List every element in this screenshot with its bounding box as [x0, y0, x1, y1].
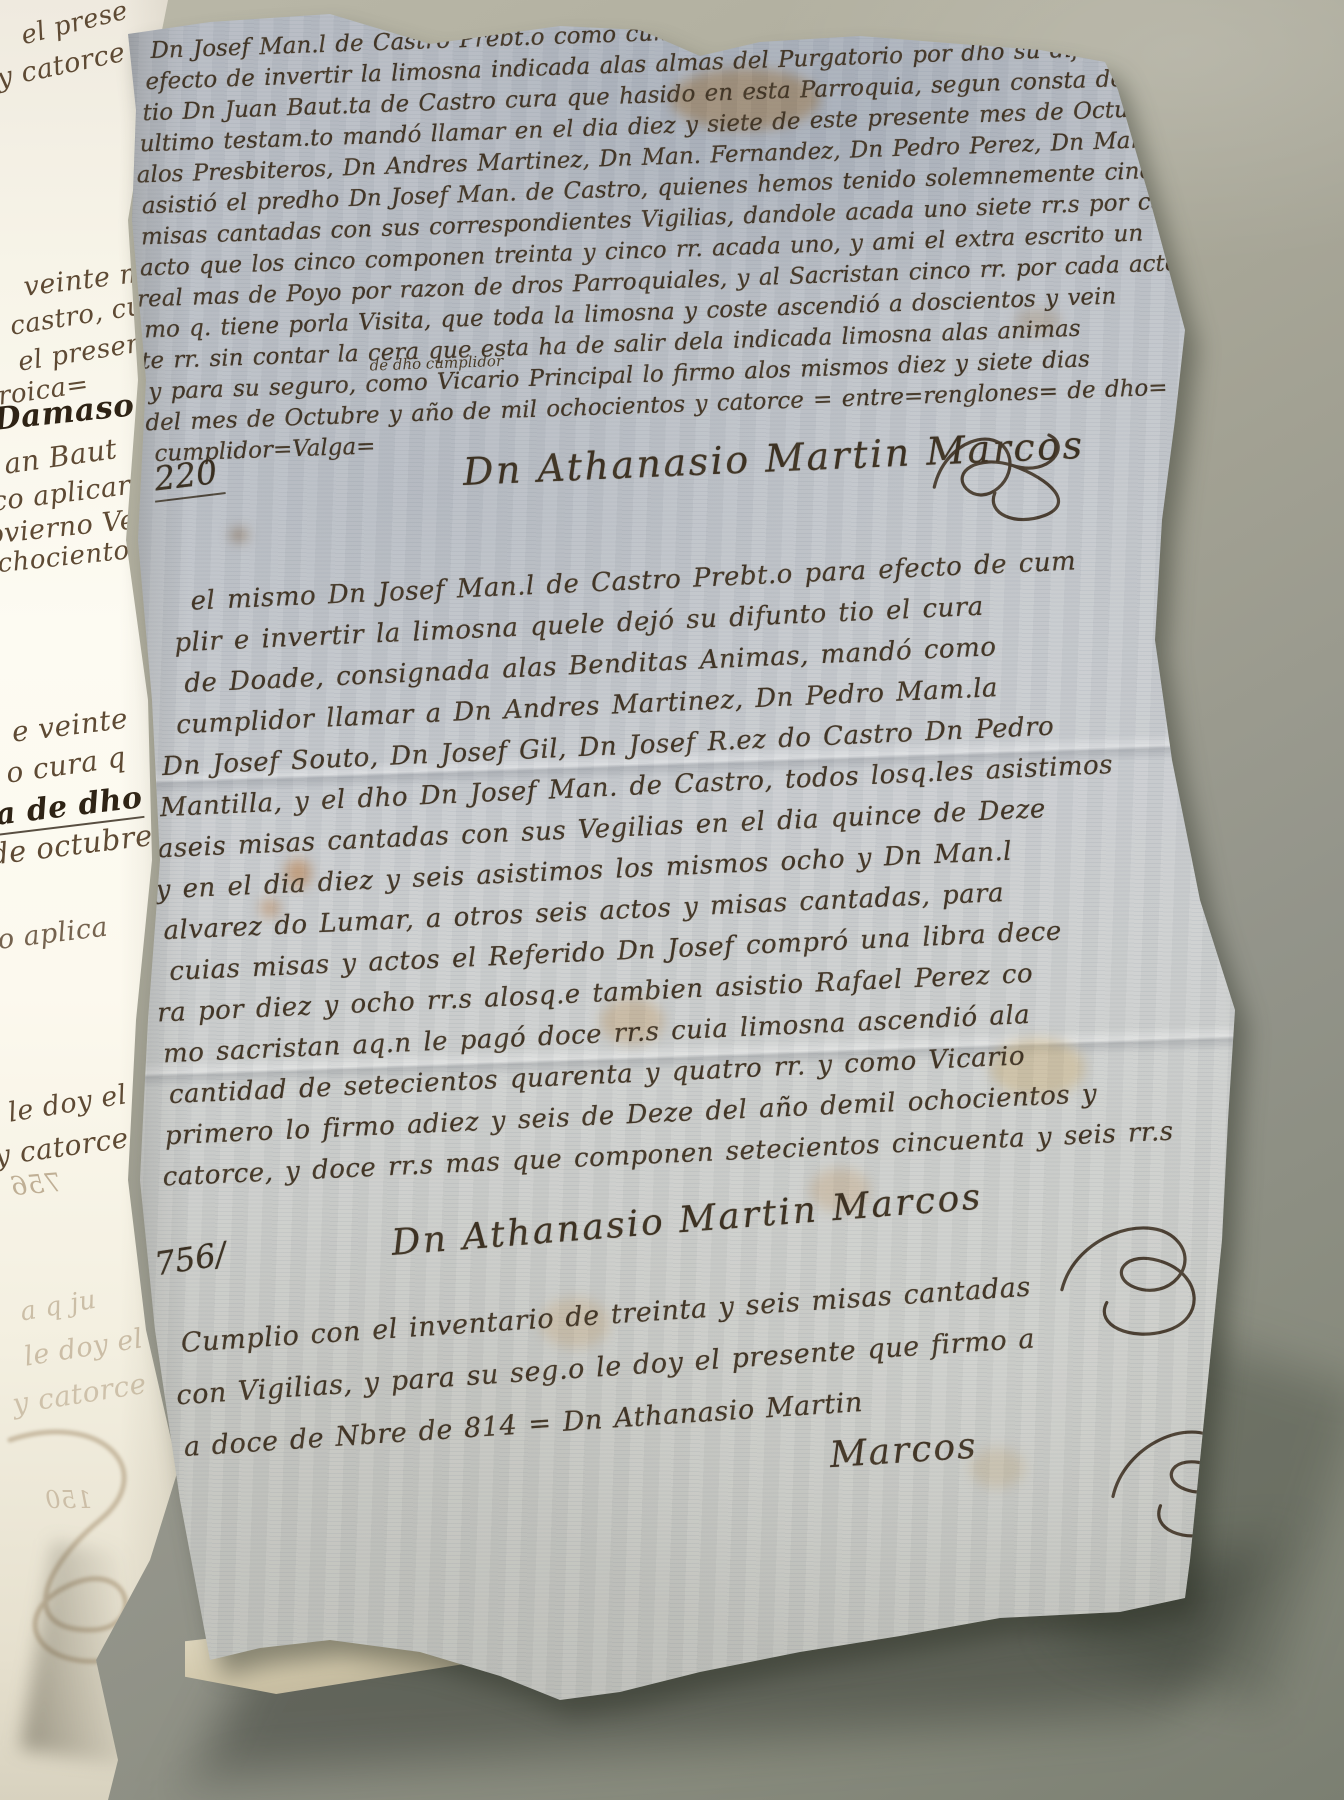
signature-rubric-icon — [920, 413, 1108, 540]
photographed-manuscript-scene: el prese y catorce veinte m castro, cu e… — [0, 0, 1344, 1800]
signature-surname: Marcos — [829, 1425, 979, 1476]
under-page-fragment: o aplica — [0, 912, 110, 956]
signature-rubric-icon — [1044, 1193, 1224, 1359]
bleedthrough-fragment: a q ju — [18, 1285, 99, 1328]
manuscript-line: Dn Josef Man.l de Castro Prebt.o como cu… — [150, 0, 1256, 64]
manuscript-paper: + Dn Josef Man.l de Castro Prebt.o como … — [110, 8, 1270, 1738]
margin-sum-second: 756/ — [150, 1234, 235, 1286]
signature-athanasio-martin-marcos: Dn Athanasio Martin Marcos — [390, 1176, 984, 1263]
paper-stain — [970, 1448, 1025, 1488]
margin-sum-first: 220 — [150, 451, 226, 502]
signature-rubric-icon — [1100, 1396, 1270, 1557]
bleedthrough-number: 756 — [9, 1168, 63, 1202]
paper-stain — [230, 528, 248, 542]
manuscript-sheet: + Dn Josef Man.l de Castro Prebt.o como … — [110, 8, 1270, 1738]
